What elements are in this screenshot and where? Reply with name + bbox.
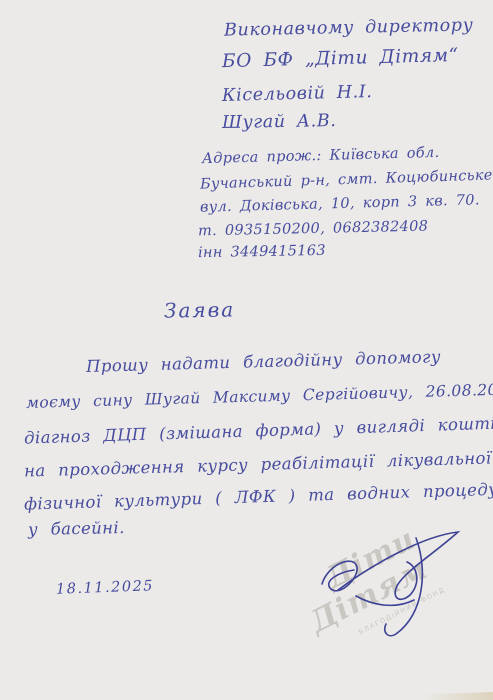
- body-line: у басейні.: [28, 518, 125, 539]
- doc-title: Заява: [164, 297, 236, 322]
- body-line: на проходження курсу реабілітації лікува…: [24, 448, 492, 480]
- address-line: вул. Доківська, 10, корп 3 кв. 70.: [200, 192, 480, 215]
- recipient-line: Кісельовій Н.І.: [222, 82, 373, 106]
- body-line: Прошу надати благодійну допомогу: [86, 347, 441, 376]
- recipient-line: БО БФ „Діти Дітям“: [222, 45, 459, 72]
- address-line: т. 0935150200, 0682382408: [198, 219, 428, 240]
- recipient-line: Виконавчому директору: [224, 15, 474, 40]
- body-line: діагноз ДЦП (змішана форма) у вигляді ко…: [24, 413, 493, 447]
- letter-photo: Виконавчому директору БО БФ „Діти Дітям“…: [0, 0, 493, 700]
- table-edge-shadow: [423, 692, 493, 700]
- signature: [300, 512, 485, 642]
- body-line: фізичної культури ( ЛФК ) та водних проц…: [24, 479, 493, 513]
- address-line: інн 3449415163: [198, 243, 326, 261]
- date: 18.11.2025: [56, 578, 155, 597]
- recipient-line: Шугай А.В.: [222, 111, 337, 133]
- address-line: Адреса прож.: Київська обл.: [202, 145, 440, 167]
- body-line: моєму сину Шугай Максиму Сергійовичу, 26…: [26, 380, 493, 412]
- address-line: Бучанський р-н, смт. Коцюбинське: [200, 167, 493, 192]
